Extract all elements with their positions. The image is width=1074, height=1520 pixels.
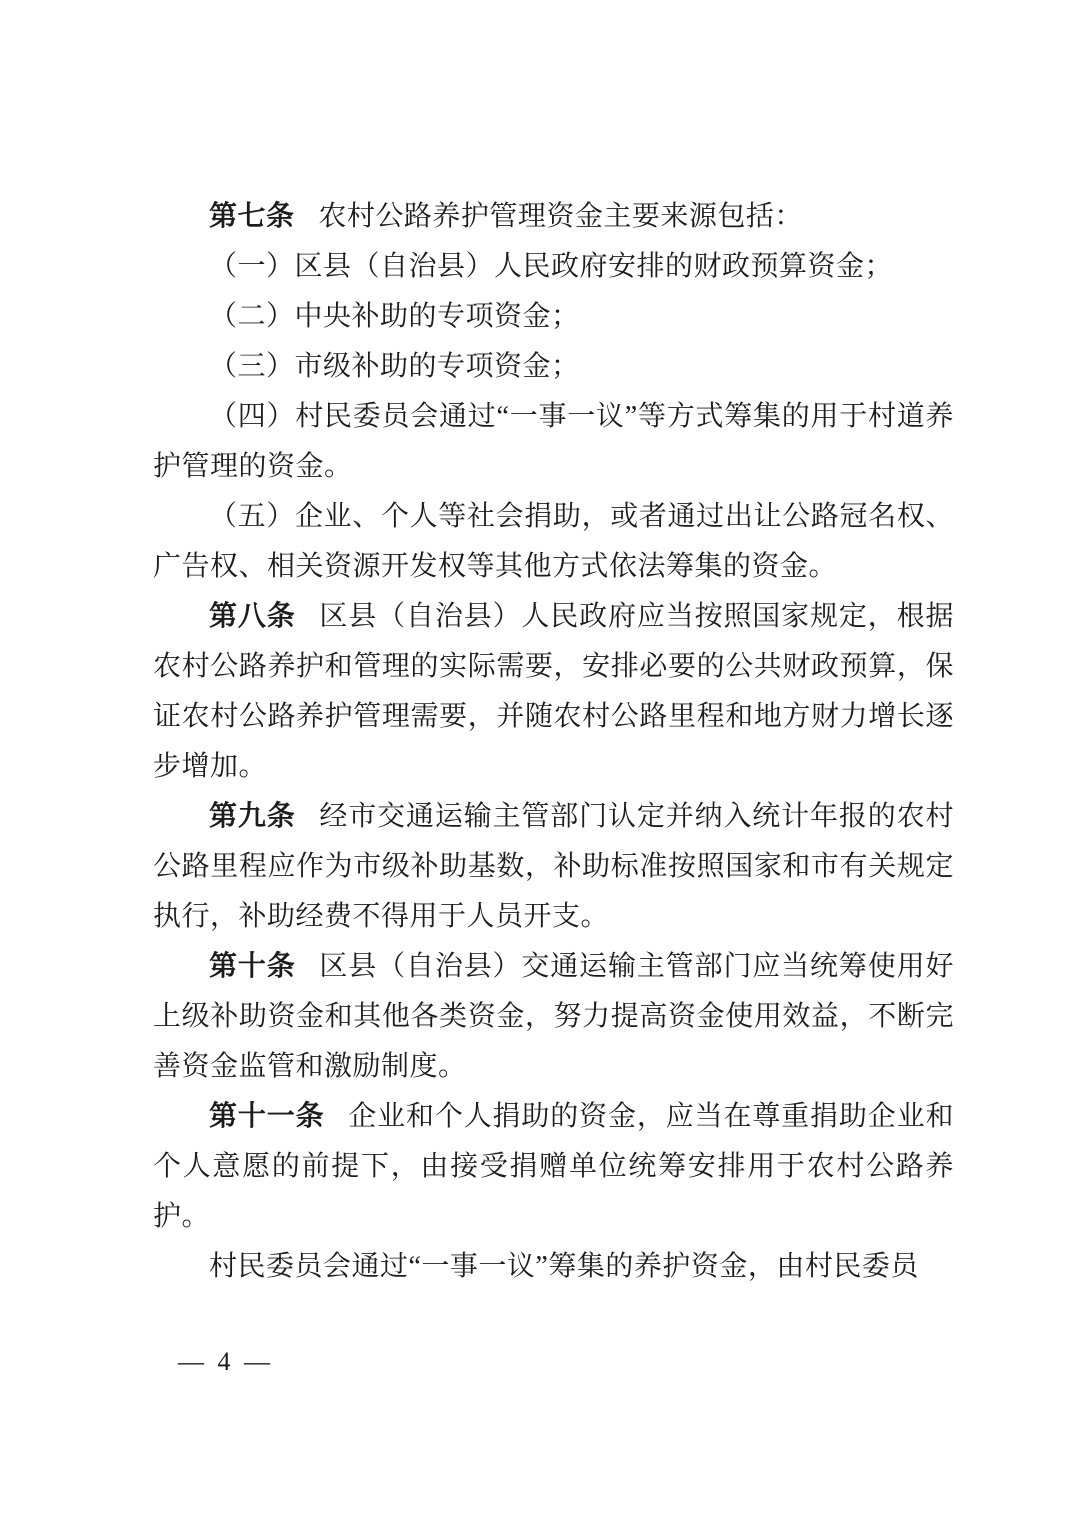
- paragraph-item-2: （二）中央补助的专项资金；: [153, 292, 954, 342]
- paragraph-article-10: 第十条区县（自治县）交通运输主管部门应当统筹使用好上级补助资金和其他各类资金，努…: [153, 942, 954, 1092]
- article-7-text: 农村公路养护管理资金主要来源包括：: [318, 201, 803, 232]
- item-5-text: （五）企业、个人等社会捐助，或者通过出让公路冠名权、广告权、相关资源开发权等其他…: [153, 501, 954, 582]
- paragraph-article-9: 第九条经市交通运输主管部门认定并纳入统计年报的农村公路里程应作为市级补助基数，补…: [153, 792, 954, 942]
- paragraph-item-3: （三）市级补助的专项资金；: [153, 342, 954, 392]
- item-4-text: （四）村民委员会通过“一事一议”等方式筹集的用于村道养护管理的资金。: [153, 401, 954, 482]
- paragraph-item-4: （四）村民委员会通过“一事一议”等方式筹集的用于村道养护管理的资金。: [153, 392, 954, 492]
- paragraph-article-7: 第七条农村公路养护管理资金主要来源包括：: [153, 192, 954, 242]
- page-footer: — 4 —: [178, 1344, 271, 1380]
- article-8-number: 第八条: [209, 601, 296, 632]
- paragraph-item-1: （一）区县（自治县）人民政府安排的财政预算资金；: [153, 242, 954, 292]
- item-3-text: （三）市级补助的专项资金；: [209, 351, 580, 382]
- paragraph-village-committee: 村民委员会通过“一事一议”筹集的养护资金，由村民委员: [153, 1242, 954, 1292]
- article-10-number: 第十条: [209, 951, 296, 982]
- article-11-number: 第十一条: [209, 1101, 324, 1132]
- document-body: 第七条农村公路养护管理资金主要来源包括： （一）区县（自治县）人民政府安排的财政…: [153, 192, 954, 1292]
- paragraph-article-11: 第十一条企业和个人捐助的资金，应当在尊重捐助企业和个人意愿的前提下，由接受捐赠单…: [153, 1092, 954, 1242]
- village-committee-text: 村民委员会通过“一事一议”筹集的养护资金，由村民委员: [209, 1251, 919, 1282]
- document-page: 第七条农村公路养护管理资金主要来源包括： （一）区县（自治县）人民政府安排的财政…: [0, 0, 1074, 1520]
- page-number: — 4 —: [178, 1347, 271, 1376]
- article-7-number: 第七条: [209, 201, 295, 232]
- paragraph-item-5: （五）企业、个人等社会捐助，或者通过出让公路冠名权、广告权、相关资源开发权等其他…: [153, 492, 954, 592]
- article-9-number: 第九条: [209, 801, 296, 832]
- item-1-text: （一）区县（自治县）人民政府安排的财政预算资金；: [209, 251, 893, 282]
- paragraph-article-8: 第八条区县（自治县）人民政府应当按照国家规定，根据农村公路养护和管理的实际需要，…: [153, 592, 954, 792]
- item-2-text: （二）中央补助的专项资金；: [209, 301, 580, 332]
